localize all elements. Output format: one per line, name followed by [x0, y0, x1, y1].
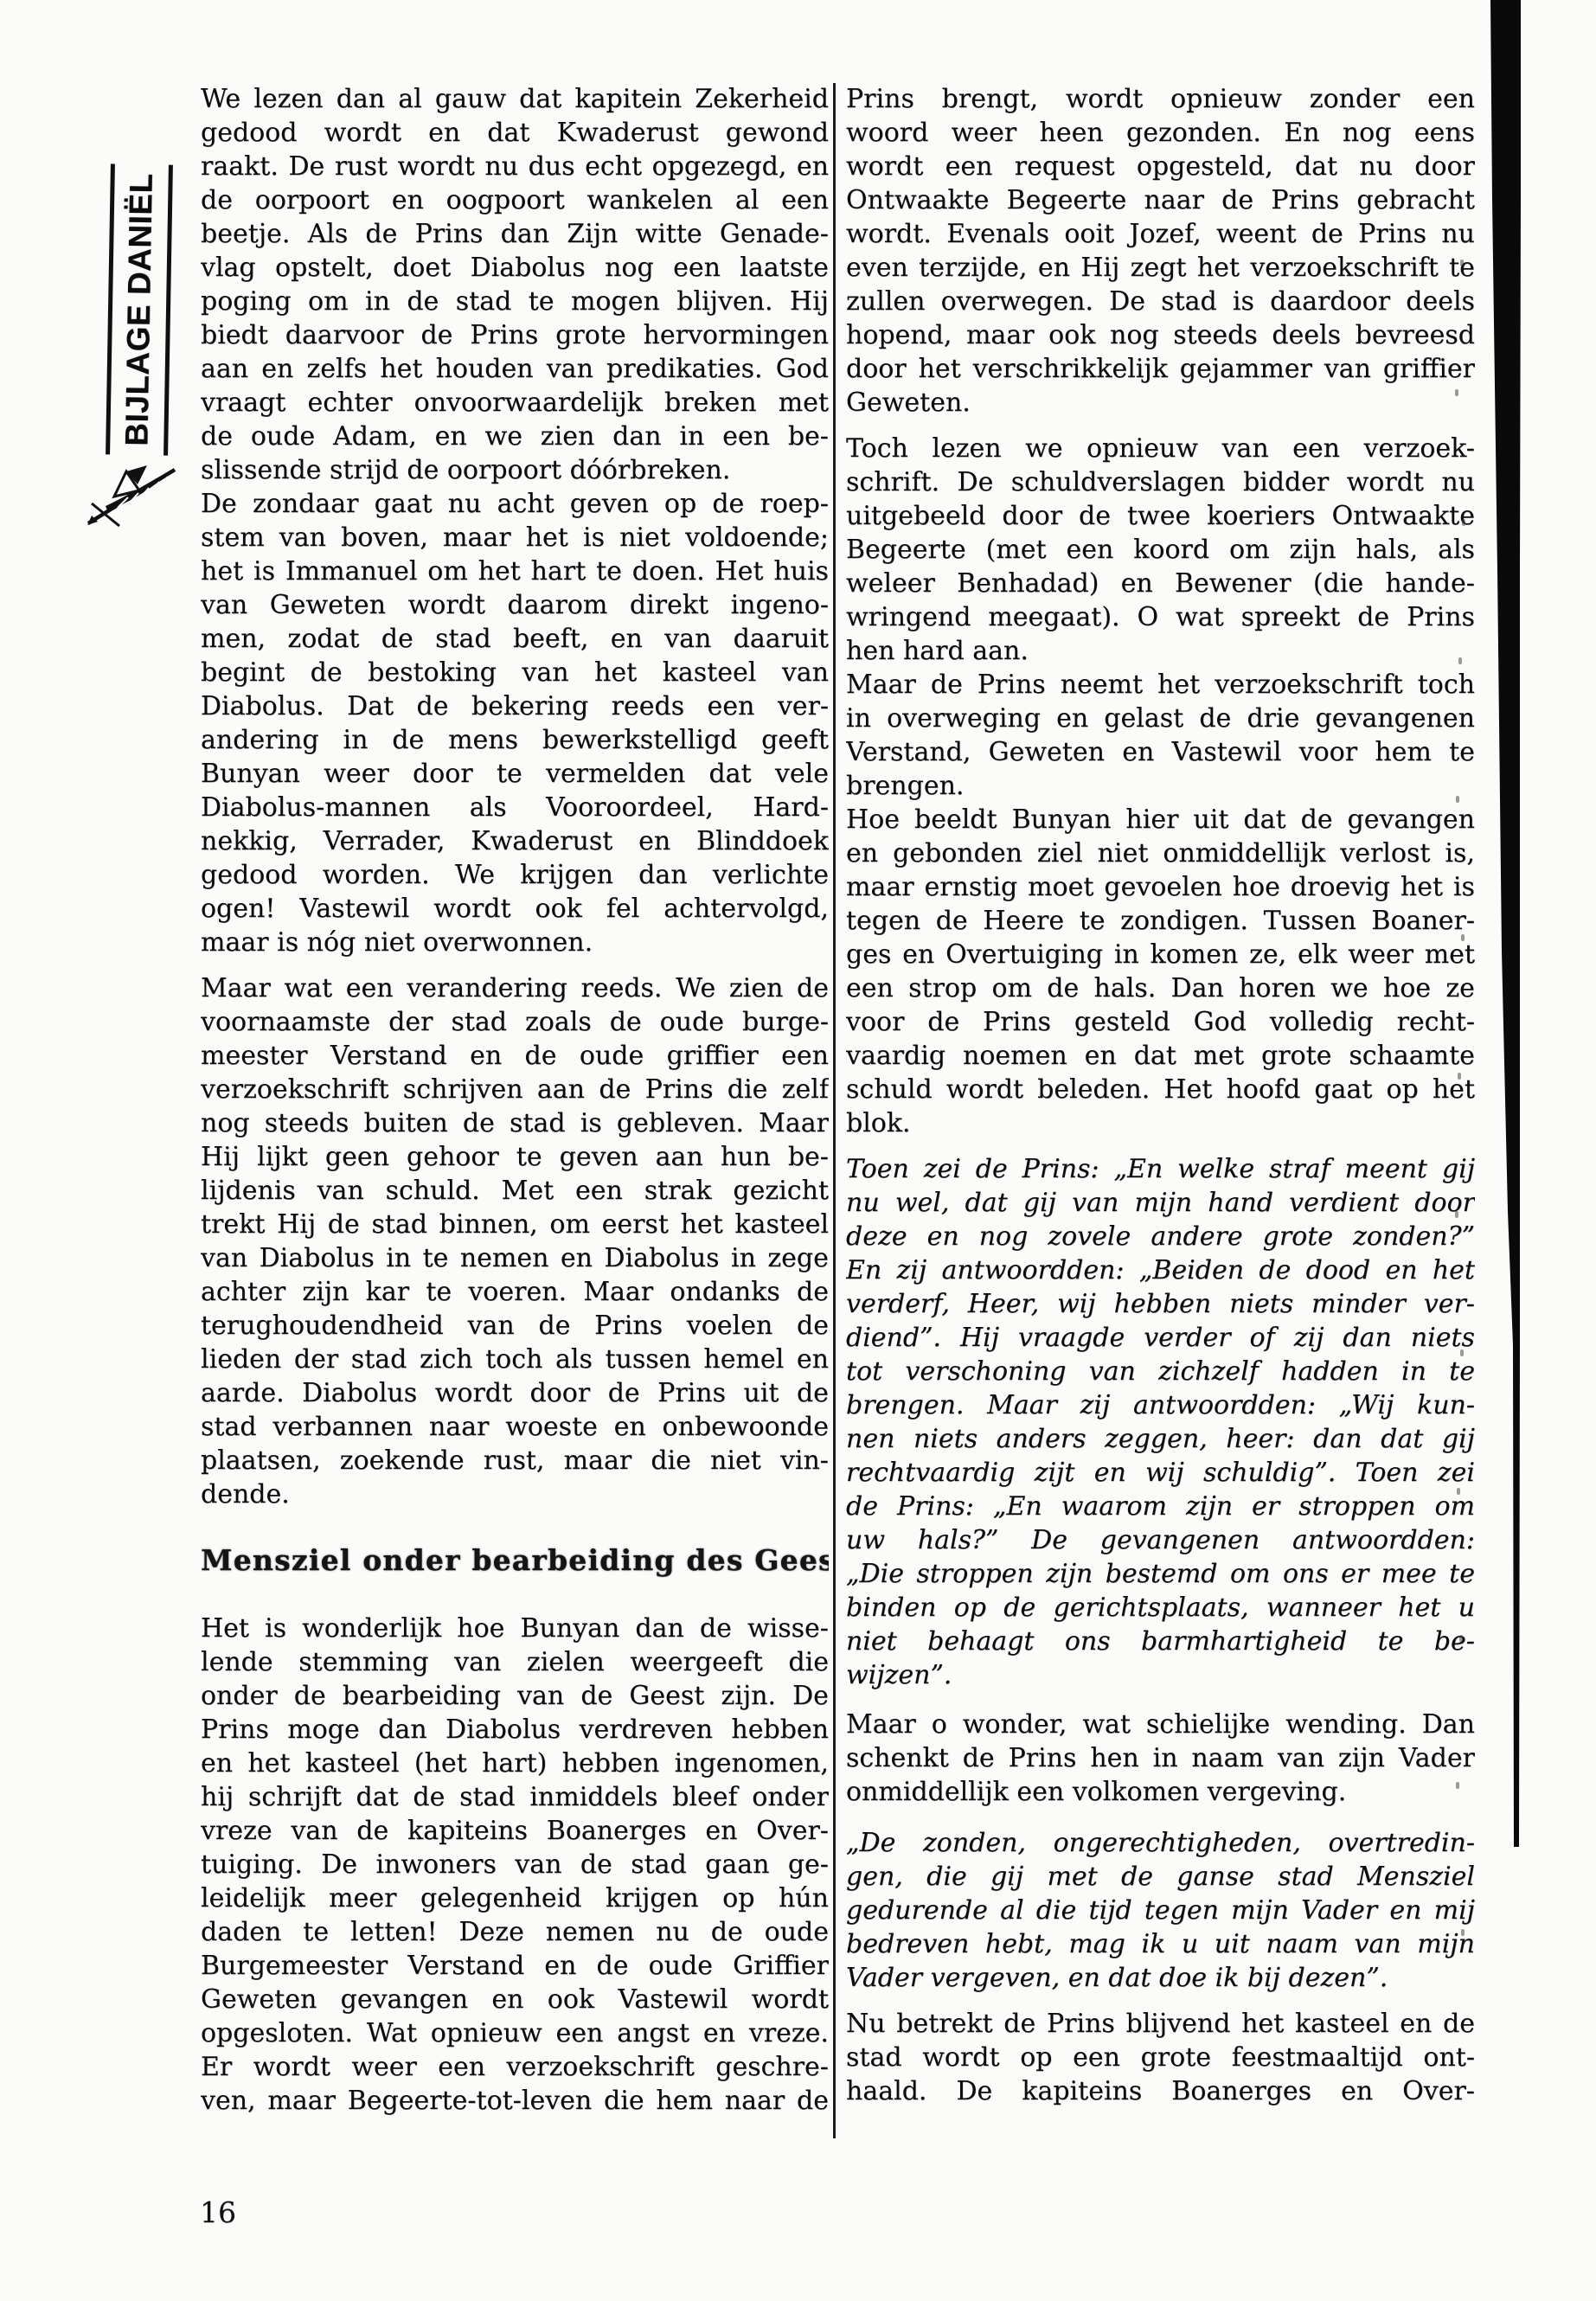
- text-line: Maarwateenveranderingreeds.Weziende: [201, 971, 829, 1005]
- text-line: GewetengevangenenookVastewilwordt: [201, 1983, 829, 2016]
- text-line: bindenopdegerichtsplaats,wanneerhetu: [846, 1591, 1475, 1625]
- text-line: wordt.EvenalsooitJozef,weentdePrinsnu: [846, 217, 1475, 251]
- text-line: wordteenrequestopgesteld,datnudoor: [846, 150, 1475, 183]
- text-line: rechtvaardigzijtenwijschuldig”.Toenzei: [846, 1456, 1475, 1490]
- text-line: Bunyanweerdoortevermeldendatvele: [201, 757, 829, 791]
- text-line: nekkig,Verrader,KwaderustenBlinddoek: [201, 824, 829, 858]
- text-line: gedurendealdietijdtegenmijnVaderenmij: [846, 1894, 1475, 1927]
- text-line: voornaamstederstadzoalsdeoudeburge-: [201, 1005, 829, 1039]
- text-line: onderdebearbeidingvandeGeestzijn.De: [201, 1679, 829, 1713]
- text-line: Dezondaargaatnuachtgevenopderoep-: [201, 487, 829, 521]
- text-line: totverschoningvanzichzelfhaddeninte: [846, 1355, 1475, 1388]
- text-line: schrift.Deschuldverslagenbidderwordtnu: [846, 465, 1475, 499]
- text-line: gedoodworden.Wekrijgendanverlichte: [201, 858, 829, 892]
- text-line: engebondenzielnietonmiddellijkverlostis,: [846, 836, 1475, 870]
- text-line: BurgemeesterVerstandendeoudeGriffier: [201, 1949, 829, 1983]
- text-line: MaardePrinsneemthetverzoekschrifttoch: [846, 668, 1475, 702]
- text-line: Diabolus-mannenalsVooroordeel,Hard-: [201, 791, 829, 824]
- text-line: vrezevandekapiteinsBoanergesenOver-: [201, 1814, 829, 1848]
- text-line: Geweten.: [846, 386, 1475, 420]
- text-line: men,zodatdestadbeeft,envandaaruit: [201, 622, 829, 656]
- text-line: aarde.DiaboluswordtdoordePrinsuitde: [201, 1376, 829, 1410]
- quill-icon: [85, 460, 182, 531]
- text-line: ven,maarBegeerte-tot-levendiehemnaarde: [201, 2084, 829, 2118]
- text-line: stadverbannennaarwoesteenonbewoonde: [201, 1410, 829, 1444]
- text-line: aanenzelfshethoudenvanpredikaties.God: [201, 352, 829, 386]
- text-line: dadenteletten!Dezenemennudeoude: [201, 1915, 829, 1949]
- text-line: stadwordtopeengrotefeestmaaltijdont-: [846, 2041, 1475, 2074]
- text-line: lijdenisvanschuld.Meteenstrakgezicht: [201, 1174, 829, 1208]
- text-line: inoverwegingengelastdedriegevangenen: [846, 702, 1475, 735]
- text-line: vanGewetenwordtdaaromdirektingeno-: [201, 588, 829, 622]
- text-line: gesenOvertuiginginkomenze,elkweermet: [846, 938, 1475, 971]
- text-line: Vader vergeven, en dat doe ik bij dezen”…: [846, 1961, 1475, 1995]
- text-line: deoudeAdam,enweziendanineenbe-: [201, 420, 829, 453]
- text-line: stemvanboven,maarhetisnietvoldoende;: [201, 521, 829, 554]
- text-line: leidelijkmeergelegenheidkrijgenophún: [201, 1881, 829, 1915]
- text-line: „Diestroppenzijnbestemdomonsermeete: [846, 1557, 1475, 1591]
- text-line: dePrins:„Enwaaromzijnerstroppenom: [846, 1490, 1475, 1523]
- text-line: raakt.Derustwordtnudusechtopgezegd,en: [201, 150, 829, 183]
- text-line: wijzen”.: [846, 1658, 1475, 1692]
- column-divider-rule: [833, 83, 836, 2138]
- text-line: blok.: [846, 1106, 1475, 1140]
- text-line: vlagopstelt,doetDiabolusnogeenlaatste: [201, 251, 829, 285]
- text-line: hetisImmanuelomhetharttedoen.Hethuis: [201, 554, 829, 588]
- text-line: lendestemmingvanzielenweergeeftdie: [201, 1645, 829, 1679]
- text-line: Verstand,GewetenenVastewilvoorhemte: [846, 735, 1475, 769]
- text-line: maarernstigmoetgevoelenhoedroevighetis: [846, 870, 1475, 904]
- text-line: liedenderstadzichtochalstussenhemelen: [201, 1343, 829, 1376]
- page-number: 16: [200, 2195, 236, 2229]
- text-line: nogsteedsbuitendestadisgebleven.Maar: [201, 1106, 829, 1140]
- text-line: tegendeHeeretezondigen.TussenBoaner-: [846, 904, 1475, 938]
- text-line: Erwordtweereenverzoekschriftgeschre-: [201, 2050, 829, 2084]
- text-line: achterzijnkartevoeren.Maarondanksde: [201, 1275, 829, 1309]
- text-line: begintdebestokingvanhetkasteelvan: [201, 656, 829, 689]
- text-line: schuldwordtbeleden.Hethoofdgaatophet: [846, 1073, 1475, 1106]
- text-line: beetje.AlsdePrinsdanZijnwitteGenade-: [201, 217, 829, 251]
- text-line: gedoodwordtendatKwaderustgewond: [201, 116, 829, 150]
- text-line: uwhals?”Degevangenenantwoordden:: [846, 1523, 1475, 1557]
- text-line: weleerBenhadad)enBewener(diehande-: [846, 567, 1475, 600]
- text-line: diend”.Hijvraagdeverderofzijdanniets: [846, 1321, 1475, 1355]
- text-line: zullenoverwegen.Destadisdaardoordeels: [846, 285, 1475, 318]
- text-line: brengen.: [846, 769, 1475, 803]
- section-heading: Mensziel onder bearbeiding des Geestes: [201, 1541, 829, 1580]
- text-line: doorhetverschrikkelijkgejammervangriffie…: [846, 352, 1475, 386]
- text-line: OntwaakteBegeertenaardePrinsgebracht: [846, 183, 1475, 217]
- left-column: WelezendanalgauwdatkapiteinZekerheidgedo…: [201, 82, 829, 2118]
- scan-speck-noise: [1457, 130, 1460, 137]
- text-line: Prinsbrengt,wordtopnieuwzondereen: [846, 82, 1475, 116]
- text-line: tuiging.Deinwonersvandestadgaange-: [201, 1848, 829, 1881]
- text-line: meesterVerstandendeoudegriffiereen: [201, 1039, 829, 1073]
- text-line: Begeerte(meteenkoordomzijnhals,als: [846, 533, 1475, 567]
- text-line: hen hard aan.: [846, 634, 1475, 668]
- text-line: „Dezonden,ongerechtigheden,overtredin-: [846, 1826, 1475, 1860]
- text-line: anderingindemensbewerkstelligdgeeft: [201, 723, 829, 757]
- text-line: voordePrinsgesteldGodvolledigrecht-: [846, 1005, 1475, 1039]
- text-line: nuwel,datgijvanmijnhandverdientdoor: [846, 1186, 1475, 1220]
- text-line: dezeennogzoveleanderegrotezonden?”: [846, 1220, 1475, 1253]
- text-line: ogen!Vastewilwordtookfelachtervolgd,: [201, 892, 829, 926]
- text-line: terughoudendheidvandePrinsvoelende: [201, 1309, 829, 1343]
- right-column: Prinsbrengt,wordtopnieuwzondereenwoordwe…: [846, 82, 1475, 2108]
- text-line: woordweerheengezonden.Ennogeens: [846, 116, 1475, 150]
- text-line: ToenzeidePrins:„Enwelkestrafmeentgij: [846, 1152, 1475, 1186]
- text-line: Diabolus.Datdebekeringreedseenver-: [201, 689, 829, 723]
- text-line: eventerzijde,enHijzegthetverzoekschriftt…: [846, 251, 1475, 285]
- text-line: opgesloten.Watopnieuweenangstenvreze.: [201, 2016, 829, 2050]
- text-line: enhetkasteel(hethart)hebbeningenomen,: [201, 1747, 829, 1780]
- text-line: Maarowonder,watschielijkewending.Dan: [846, 1708, 1475, 1741]
- text-line: nennietsanderszeggen,heer:dandatgij: [846, 1422, 1475, 1456]
- text-line: Tochlezenweopnieuwvaneenverzoek-: [846, 432, 1475, 465]
- text-line: trektHijdestadbinnen,omeersthetkasteel: [201, 1208, 829, 1241]
- scan-edge-shadow: [1486, 0, 1524, 1847]
- text-line: hopend,maarooknogsteedsdeelsbevreesd: [846, 318, 1475, 352]
- text-line: vraagtechteronvoorwaardelijkbrekenmet: [201, 386, 829, 420]
- text-line: uitgebeelddoordetweekoeriersOntwaakte: [846, 499, 1475, 533]
- text-line: Hijlijktgeengehoortegevenaanhunbe-: [201, 1140, 829, 1174]
- text-line: onmiddellijk een volkomen vergeving.: [846, 1775, 1475, 1809]
- text-line: vaardignoemenendatmetgroteschaamte: [846, 1039, 1475, 1073]
- text-line: HoebeeldtBunyanhieruitdatdegevangen: [846, 803, 1475, 836]
- text-line: bedrevenhebt,magikuuitnaamvanmijn: [846, 1927, 1475, 1961]
- text-line: Enzijantwoordden:„Beidendedoodenhet: [846, 1253, 1475, 1287]
- text-line: wringendmeegaat).OwatspreektdePrins: [846, 600, 1475, 634]
- scanned-document-page: BIJLAGE DANIËL Welezendanalgauwdatkapite…: [0, 0, 1596, 2301]
- text-line: vanDiabolusintenemenenDiabolusinzege: [201, 1241, 829, 1275]
- text-line: schenktdePrinsheninnaamvanzijnVader: [846, 1741, 1475, 1775]
- text-line: PrinsmogedanDiabolusverdrevenhebben: [201, 1713, 829, 1747]
- text-line: NubetrektdePrinsblijvendhetkasteelende: [846, 2007, 1475, 2041]
- text-line: maar is nóg niet overwonnen.: [201, 926, 829, 959]
- text-line: WelezendanalgauwdatkapiteinZekerheid: [201, 82, 829, 116]
- text-line: nietbehaagtonsbarmhartigheidtebe-: [846, 1625, 1475, 1658]
- text-line: HetiswonderlijkhoeBunyandandewisse-: [201, 1612, 829, 1645]
- sidebar-vertical-label-text: BIJLAGE DANIËL: [106, 163, 173, 455]
- text-line: pogingomindestadtemogenblijven.Hij: [201, 285, 829, 318]
- text-line: haald.DekapiteinsBoanergesenOver-: [846, 2074, 1475, 2108]
- text-line: gen,diegijmetdegansestadMensziel: [846, 1860, 1475, 1894]
- text-line: dende.: [201, 1477, 829, 1511]
- text-line: deoorpoortenoogpoortwankelenaleen: [201, 183, 829, 217]
- text-line: verderf,Heer,wijhebbennietsminderver-: [846, 1287, 1475, 1321]
- text-line: plaatsen,zoekenderust,maardienietvin-: [201, 1444, 829, 1477]
- text-line: eenstropomdehals.Danhorenwehoeze: [846, 971, 1475, 1005]
- text-line: verzoekschriftschrijvenaandePrinsdiezelf: [201, 1073, 829, 1106]
- text-line: hijschrijftdatdestadinmiddelsbleefonder: [201, 1780, 829, 1814]
- text-line: biedtdaarvoordePrinsgrotehervormingen: [201, 318, 829, 352]
- sidebar-vertical-label: BIJLAGE DANIËL: [109, 164, 170, 455]
- text-line: slissende strijd de oorpoort dóórbreken.: [201, 453, 829, 487]
- text-line: brengen.Maarzijantwoordden:„Wijkun-: [846, 1388, 1475, 1422]
